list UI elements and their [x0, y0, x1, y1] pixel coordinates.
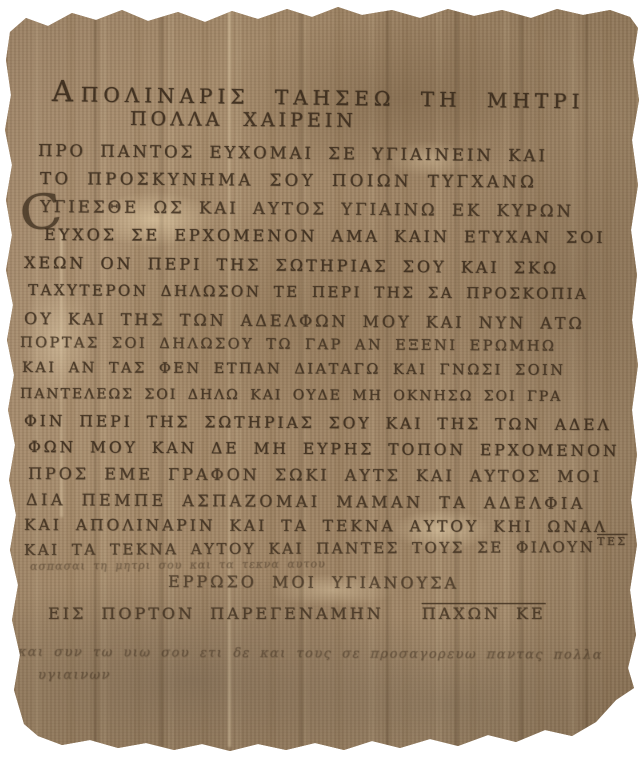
letter-line: ΦΩΝ ΜΟΥ ΚΑΝ ΔΕ ΜΗ ΕΥΡΗΣ ΤΟΠΟΝ ΕΡΧΟΜΕΝΟΝ: [28, 438, 620, 460]
faded-interlinear-line: ασπασαι τη μητρι σου και τα τεκνα αυτου: [29, 557, 327, 573]
faded-cursive-docket-line: υγιαινων: [36, 668, 112, 683]
letter-line: ΤΑΧΥΤΕΡΟΝ ΔΗΛΩΣΟΝ ΤΕ ΠΕΡΙ ΤΗΣ ΣΑ ΠΡΟΣΚΟΠ…: [28, 281, 588, 303]
letter-line-greeting: ΠΟΛΛΑ ΧΑΙΡΕΙΝ: [130, 108, 357, 132]
letter-line-text: ΚΑΙ ΤΑ ΤΕΚΝΑ ΑΥΤΟΥ ΚΑΙ ΠΑΝΤΕΣ ΤΟΥΣ ΣΕ ΦΙ…: [24, 538, 595, 559]
superscript-abbreviation: ΤΕΣ: [597, 535, 627, 548]
letter-line: ΧΕΩΝ ΟΝ ΠΕΡΙ ΤΗΣ ΣΩΤΗΡΙΑΣ ΣΟΥ ΚΑΙ ΣΚΩ: [24, 253, 559, 278]
letter-line: ΠΡΟ ΠΑΝΤΟΣ ΕΥΧΟΜΑΙ ΣΕ ΥΓΙΑΙΝΕΙΝ ΚΑΙ: [38, 141, 548, 165]
letter-line: ΦΙΝ ΠΕΡΙ ΤΗΣ ΣΩΤΗΡΙΑΣ ΣΟΥ ΚΑΙ ΤΗΣ ΤΩΝ ΑΔ…: [24, 412, 612, 434]
letter-line: ΚΑΙ ΑΝ ΤΑΣ ΦΕΝ ΕΤΠΑΝ ΔΙΑΤΑΓΩ ΚΑΙ ΓΝΩΣΙ Σ…: [22, 360, 565, 379]
letter-text: C ΑΠΟΛΙΝΑΡΙΣ ΤΑΗΣΕΩ ΤΗ ΜΗΤΡΙ ΠΟΛΛΑ ΧΑΙΡΕ…: [0, 0, 640, 757]
postscript-text: ΕΙΣ ΠΟΡΤΟΝ ΠΑΡΕΓΕΝΑΜΗΝ: [48, 604, 384, 623]
letter-line: ΥΓΙΕΣΘΕ ΩΣ ΚΑΙ ΑΥΤΟΣ ΥΓΙΑΙΝΩ ΕΚ ΚΥΡΩΝ: [40, 197, 574, 221]
letter-line-salutations: ΚΑΙ ΤΑ ΤΕΚΝΑ ΑΥΤΟΥ ΚΑΙ ΠΑΝΤΕΣ ΤΟΥΣ ΣΕ ΦΙ…: [24, 538, 628, 559]
faded-cursive-docket-line: και συν τω υιω σου ετι δε και τους σε πρ…: [16, 645, 604, 663]
letter-line: ΟΥ ΚΑΙ ΤΗΣ ΤΩΝ ΑΔΕΛΦΩΝ ΜΟΥ ΚΑΙ ΝΥΝ ΑΤΩ: [24, 309, 585, 333]
letter-line: ΠΡΟΣ ΕΜΕ ΓΡΑΦΟΝ ΣΩΚΙ ΑΥΤΣ ΚΑΙ ΑΥΤΟΣ ΜΟΙ: [28, 464, 602, 486]
letter-line: ΠΟΡΤΑΣ ΣΟΙ ΔΗΛΩΣΟΥ ΤΩ ΓΑΡ ΑΝ ΕΞΕΝΙ ΕΡΩΜΗ…: [20, 335, 557, 355]
photo-background: C ΑΠΟΛΙΝΑΡΙΣ ΤΑΗΣΕΩ ΤΗ ΜΗΤΡΙ ΠΟΛΛΑ ΧΑΙΡΕ…: [0, 0, 640, 757]
letter-line-farewell: ΕΡΡΩΣΟ ΜΟΙ ΥΓΙΑΝΟΥΣΑ: [168, 572, 459, 593]
letter-line: ΠΑΝΤΕΛΕΩΣ ΣΟΙ ΔΗΛΩ ΚΑΙ ΟΥΔΕ ΜΗ ΟΚΝΗΣΩ ΣΟ…: [20, 386, 562, 405]
papyrus-sheet: C ΑΠΟΛΙΝΑΡΙΣ ΤΑΗΣΕΩ ΤΗ ΜΗΤΡΙ ΠΟΛΛΑ ΧΑΙΡΕ…: [0, 0, 640, 757]
letter-line-postscript: ΕΙΣ ΠΟΡΤΟΝ ΠΑΡΕΓΕΝΑΜΗΝΠΑΧΩΝ ΚΕ: [48, 604, 546, 623]
letter-line: ΕΥΧΟΣ ΣΕ ΕΡΧΟΜΕΝΟΝ ΑΜΑ ΚΑΙΝ ΕΤΥΧΑΝ ΣΟΙ: [44, 225, 606, 247]
letter-line: ΤΟ ΠΡΟΣΚΥΝΗΜΑ ΣΟΥ ΠΟΙΩΝ ΤΥΓΧΑΝΩ: [40, 169, 537, 191]
letter-line-salutations: ΚΑΙ ΑΠΟΛΙΝΑΡΙΝ ΚΑΙ ΤΑ ΤΕΚΝΑ ΑΥΤΟΥ ΚΗΙ ΩΝ…: [24, 516, 608, 536]
postscript-date: ΠΑΧΩΝ ΚΕ: [422, 604, 546, 623]
letter-line-salutations: ΔΙΑ ΠΕΜΠΕ ΑΣΠΑΖΟΜΑΙ ΜΑΜΑΝ ΤΑ ΑΔΕΛΦΙΑ: [26, 490, 586, 513]
